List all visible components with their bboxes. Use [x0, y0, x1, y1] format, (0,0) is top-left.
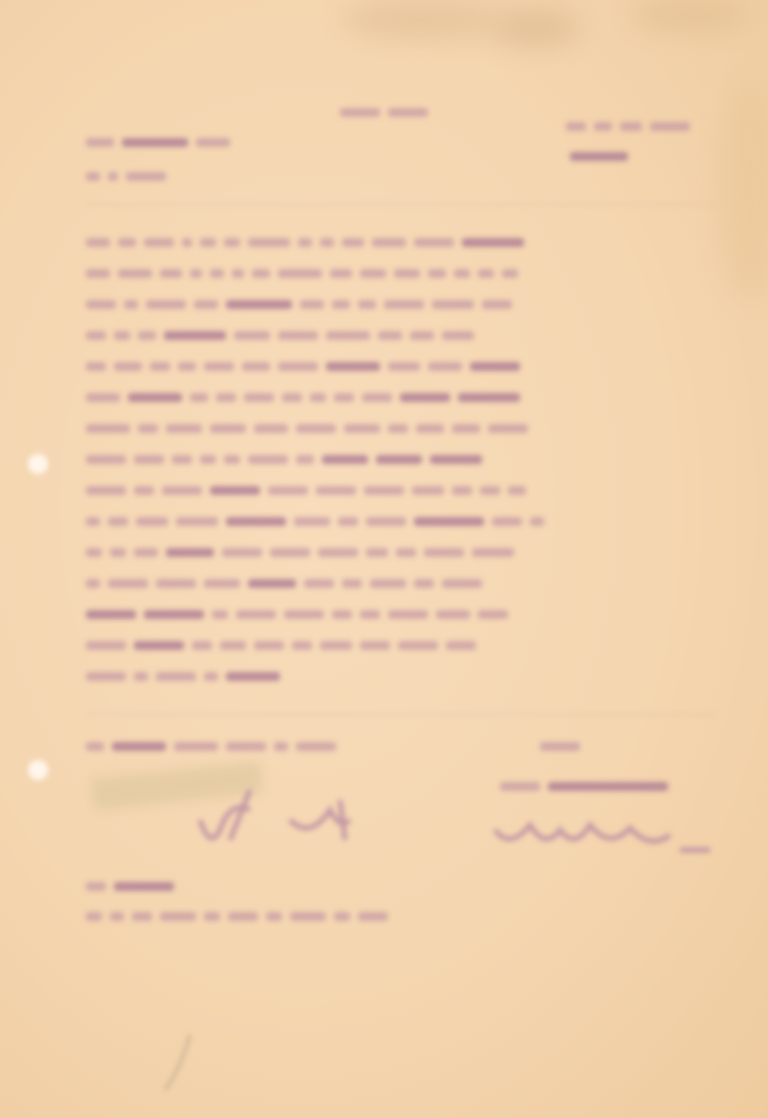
illegible-word [232, 269, 244, 278]
body-line [86, 453, 482, 465]
document-title [0, 106, 768, 118]
illegible-word [108, 579, 148, 588]
illegible-word [488, 424, 528, 433]
illegible-word [570, 152, 628, 161]
illegible-word [156, 579, 196, 588]
illegible-word [394, 269, 420, 278]
illegible-word [270, 548, 310, 557]
illegible-word [296, 742, 336, 751]
illegible-word [86, 331, 106, 340]
illegible-word [398, 641, 438, 650]
illegible-word [118, 269, 152, 278]
illegible-word [194, 300, 218, 309]
illegible-word [86, 641, 126, 650]
illegible-word [226, 742, 266, 751]
illegible-word [376, 455, 422, 464]
illegible-word [118, 238, 136, 247]
illegible-word [322, 455, 368, 464]
illegible-word [138, 331, 156, 340]
illegible-word [86, 742, 104, 751]
illegible-word [156, 672, 196, 681]
illegible-word [330, 269, 352, 278]
illegible-word [454, 269, 470, 278]
illegible-word [478, 610, 508, 619]
illegible-word [112, 742, 166, 751]
body-line [86, 298, 512, 310]
illegible-word [212, 610, 228, 619]
body-line [86, 577, 482, 589]
illegible-word [226, 300, 292, 309]
illegible-word [252, 269, 270, 278]
illegible-word [86, 455, 126, 464]
illegible-word [298, 238, 312, 247]
illegible-word [318, 548, 358, 557]
illegible-word [294, 517, 330, 526]
illegible-word [86, 172, 100, 181]
illegible-word [296, 455, 314, 464]
illegible-word [204, 912, 220, 921]
illegible-word [86, 138, 114, 147]
illegible-word [86, 882, 106, 891]
closing-right-title [540, 740, 580, 752]
illegible-word [360, 610, 380, 619]
illegible-word [126, 172, 166, 181]
illegible-word [478, 269, 494, 278]
illegible-word [166, 548, 214, 557]
illegible-word [650, 122, 690, 131]
illegible-word [548, 782, 668, 791]
illegible-word [344, 424, 380, 433]
illegible-word [108, 517, 128, 526]
illegible-word [388, 362, 420, 371]
illegible-word [334, 912, 350, 921]
illegible-word [190, 393, 208, 402]
illegible-word [174, 742, 218, 751]
illegible-word [204, 362, 234, 371]
illegible-word [326, 362, 380, 371]
illegible-word [274, 742, 288, 751]
illegible-word [358, 912, 388, 921]
illegible-word [86, 912, 102, 921]
illegible-word [304, 579, 334, 588]
body-line [86, 546, 514, 558]
illegible-word [172, 455, 192, 464]
illegible-word [500, 782, 540, 791]
illegible-word [160, 912, 196, 921]
illegible-word [462, 238, 524, 247]
illegible-word [86, 362, 106, 371]
pencil-mark [150, 1030, 210, 1100]
illegible-word [176, 517, 218, 526]
illegible-word [86, 486, 126, 495]
illegible-word [300, 300, 324, 309]
illegible-word [430, 455, 482, 464]
illegible-word [388, 108, 428, 117]
illegible-word [190, 269, 202, 278]
illegible-word [234, 331, 270, 340]
illegible-word [342, 238, 364, 247]
illegible-word [334, 393, 354, 402]
illegible-word [338, 517, 358, 526]
illegible-word [332, 610, 352, 619]
illegible-word [86, 579, 100, 588]
illegible-word [442, 579, 482, 588]
illegible-word [412, 486, 444, 495]
illegible-word [446, 641, 476, 650]
closing-left [86, 740, 336, 752]
footer-heading [86, 880, 174, 892]
illegible-word [248, 579, 296, 588]
body-line [86, 422, 528, 434]
illegible-word [342, 579, 362, 588]
closing-right-name [500, 780, 668, 792]
illegible-word [226, 517, 286, 526]
illegible-word [138, 424, 158, 433]
illegible-word [248, 238, 290, 247]
illegible-word [146, 300, 186, 309]
illegible-word [388, 610, 428, 619]
illegible-word [248, 455, 288, 464]
illegible-word [530, 517, 544, 526]
body-line [86, 267, 518, 279]
illegible-word [182, 238, 192, 247]
illegible-word [360, 641, 390, 650]
illegible-word [244, 393, 274, 402]
illegible-word [436, 610, 470, 619]
illegible-word [86, 269, 110, 278]
illegible-word [320, 641, 352, 650]
illegible-word [284, 610, 324, 619]
illegible-word [132, 912, 152, 921]
illegible-word [428, 362, 462, 371]
divider-top [86, 204, 716, 205]
illegible-word [424, 548, 464, 557]
illegible-word [458, 393, 520, 402]
illegible-word [268, 486, 308, 495]
illegible-word [210, 269, 224, 278]
illegible-word [366, 548, 388, 557]
illegible-word [384, 300, 424, 309]
illegible-word [166, 424, 202, 433]
illegible-word [210, 486, 260, 495]
illegible-word [296, 424, 336, 433]
illegible-word [228, 912, 258, 921]
illegible-word [414, 238, 454, 247]
illegible-word [362, 393, 392, 402]
illegible-word [196, 138, 230, 147]
body-line [86, 515, 544, 527]
illegible-word [86, 424, 130, 433]
divider-bottom [86, 714, 716, 715]
illegible-word [86, 238, 110, 247]
illegible-word [204, 579, 240, 588]
illegible-word [236, 610, 276, 619]
illegible-word [200, 238, 216, 247]
illegible-word [134, 486, 154, 495]
illegible-word [472, 548, 514, 557]
illegible-word [470, 362, 520, 371]
body-line [86, 670, 280, 682]
illegible-word [364, 486, 404, 495]
illegible-word [144, 610, 204, 619]
illegible-word [124, 300, 138, 309]
illegible-word [410, 331, 434, 340]
footer-line [86, 910, 388, 922]
illegible-word [210, 424, 246, 433]
illegible-word [162, 486, 202, 495]
illegible-word [566, 122, 586, 131]
illegible-word [178, 362, 196, 371]
illegible-word [254, 641, 284, 650]
illegible-word [290, 912, 326, 921]
illegible-word [320, 238, 334, 247]
signature-right [490, 810, 720, 860]
illegible-word [452, 424, 480, 433]
illegible-word [432, 300, 474, 309]
illegible-word [114, 362, 142, 371]
illegible-word [370, 579, 406, 588]
illegible-word [128, 393, 182, 402]
illegible-word [278, 269, 322, 278]
illegible-word [134, 641, 184, 650]
illegible-word [316, 486, 356, 495]
illegible-word [164, 331, 226, 340]
document-page [0, 0, 768, 1118]
illegible-word [414, 579, 434, 588]
illegible-word [222, 548, 262, 557]
body-line [86, 360, 520, 372]
illegible-word [150, 362, 170, 371]
body-line [86, 484, 526, 496]
illegible-word [220, 641, 246, 650]
illegible-word [86, 393, 120, 402]
body-line [86, 391, 520, 403]
illegible-word [366, 517, 406, 526]
illegible-word [594, 122, 612, 131]
illegible-word [144, 238, 174, 247]
body-line [86, 639, 476, 651]
illegible-word [114, 882, 174, 891]
illegible-word [540, 742, 580, 751]
illegible-word [492, 517, 522, 526]
illegible-word [282, 393, 302, 402]
illegible-word [372, 238, 406, 247]
illegible-word [110, 912, 124, 921]
illegible-word [134, 548, 158, 557]
illegible-word [86, 548, 102, 557]
illegible-word [114, 331, 130, 340]
illegible-word [428, 269, 446, 278]
illegible-word [400, 393, 450, 402]
illegible-word [360, 269, 386, 278]
illegible-word [200, 455, 216, 464]
illegible-word [480, 486, 500, 495]
illegible-word [482, 300, 512, 309]
illegible-word [378, 331, 402, 340]
illegible-word [204, 672, 218, 681]
signature-left [190, 780, 390, 860]
illegible-word [216, 393, 236, 402]
body-line [86, 329, 474, 341]
illegible-word [278, 331, 318, 340]
illegible-word [224, 455, 240, 464]
illegible-word [508, 486, 526, 495]
illegible-word [86, 300, 116, 309]
illegible-word [254, 424, 288, 433]
illegible-word [136, 517, 168, 526]
illegible-word [266, 912, 282, 921]
illegible-word [110, 548, 126, 557]
illegible-word [224, 238, 240, 247]
illegible-word [358, 300, 376, 309]
illegible-word [278, 362, 318, 371]
body-line [86, 608, 508, 620]
illegible-word [332, 300, 350, 309]
illegible-word [502, 269, 518, 278]
illegible-word [414, 517, 484, 526]
illegible-word [134, 455, 164, 464]
illegible-word [340, 108, 380, 117]
illegible-word [86, 672, 126, 681]
illegible-word [242, 362, 270, 371]
illegible-word [292, 641, 312, 650]
illegible-word [86, 517, 100, 526]
illegible-word [122, 138, 188, 147]
illegible-word [226, 672, 280, 681]
illegible-word [396, 548, 416, 557]
illegible-word [452, 486, 472, 495]
illegible-word [108, 172, 118, 181]
illegible-word [416, 424, 444, 433]
illegible-word [192, 641, 212, 650]
illegible-word [620, 122, 642, 131]
illegible-word [134, 672, 148, 681]
illegible-word [326, 331, 370, 340]
illegible-word [310, 393, 326, 402]
illegible-word [86, 610, 136, 619]
illegible-word [442, 331, 474, 340]
illegible-word [160, 269, 182, 278]
illegible-word [388, 424, 408, 433]
body-line [86, 236, 524, 248]
